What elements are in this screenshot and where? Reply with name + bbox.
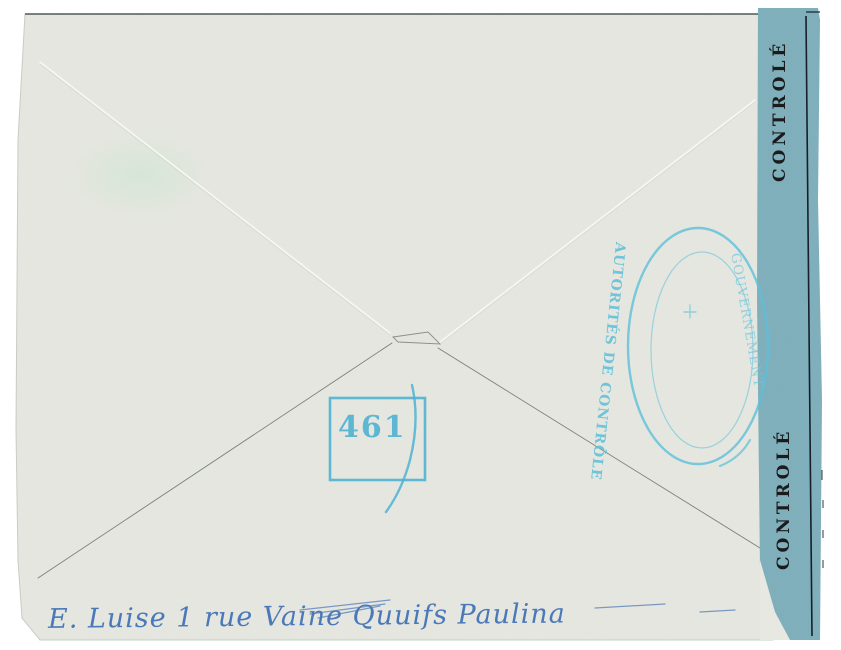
envelope-paper <box>16 14 790 640</box>
censor-number: 461 <box>338 410 407 445</box>
censor-tape-label-top: CONTROLÉ <box>770 40 790 182</box>
envelope-back: CONTROLÉ CONTROLÉ AUTORITÉS DE CONTRÔLE … <box>0 0 841 650</box>
censor-tape-label-bottom: CONTROLÉ <box>774 428 794 570</box>
envelope-illustration <box>0 0 841 650</box>
